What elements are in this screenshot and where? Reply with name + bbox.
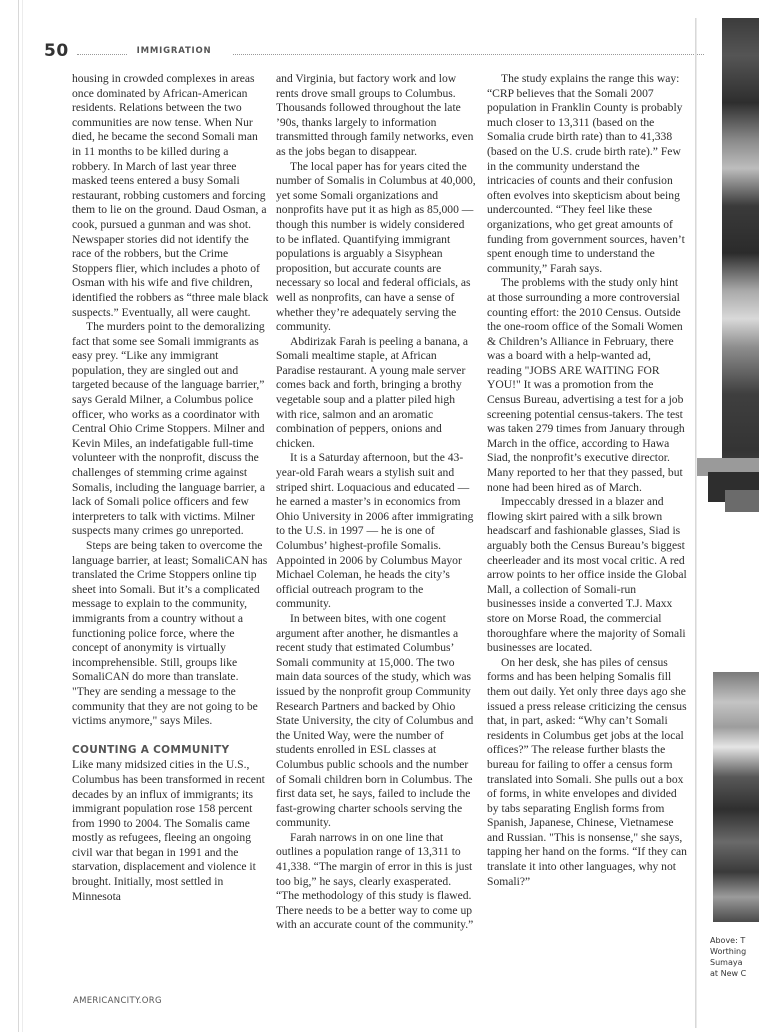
page-edge-shadow (22, 0, 23, 1032)
paragraph: The problems with the study only hint at… (487, 276, 687, 495)
photo-caption: Above: T Worthing Sumaya at New C (710, 935, 759, 979)
paragraph: Farah narrows in on one line that outlin… (276, 831, 476, 933)
paragraph: Abdirizak Farah is peeling a banana, a S… (276, 335, 476, 452)
paragraph: In between bites, with one cogent argume… (276, 612, 476, 831)
page-edge (18, 0, 19, 1032)
paragraph: The murders point to the demoralizing fa… (72, 320, 269, 539)
caption-line: Sumaya (710, 957, 759, 968)
article-column-2: and Virginia, but factory work and low r… (276, 72, 476, 933)
paragraph: housing in crowded complexes in areas on… (72, 72, 269, 320)
paragraph: Steps are being taken to overcome the la… (72, 539, 269, 729)
dotted-rule (77, 54, 127, 55)
footer-site-url: AMERICANCITY.ORG (73, 996, 162, 1006)
paragraph: It is a Saturday afternoon, but the 43-y… (276, 451, 476, 612)
paragraph: The study explains the range this way: “… (487, 72, 687, 276)
article-column-1: housing in crowded complexes in areas on… (72, 72, 269, 904)
dotted-rule (233, 54, 704, 55)
caption-line: Worthing (710, 946, 759, 957)
article-column-3: The study explains the range this way: “… (487, 72, 687, 889)
running-header: 50 IMMIGRATION (44, 40, 704, 62)
caption-line: Above: T (710, 935, 759, 946)
caption-line: at New C (710, 968, 759, 979)
paragraph: and Virginia, but factory work and low r… (276, 72, 476, 160)
paragraph: On her desk, she has piles of census for… (487, 656, 687, 890)
section-label: IMMIGRATION (137, 46, 212, 56)
paragraph: Like many midsized cities in the U.S., C… (72, 758, 269, 904)
page-gutter (695, 18, 697, 1028)
paragraph: Impeccably dressed in a blazer and flowi… (487, 495, 687, 656)
photo-portrait-cropped (722, 18, 759, 488)
section-subhead: COUNTING A COMMUNITY (72, 743, 269, 758)
page-number: 50 (44, 41, 69, 61)
paragraph: The local paper has for years cited the … (276, 160, 476, 335)
photo-street-scene-cropped (713, 672, 759, 922)
photo-fragment (725, 490, 759, 512)
